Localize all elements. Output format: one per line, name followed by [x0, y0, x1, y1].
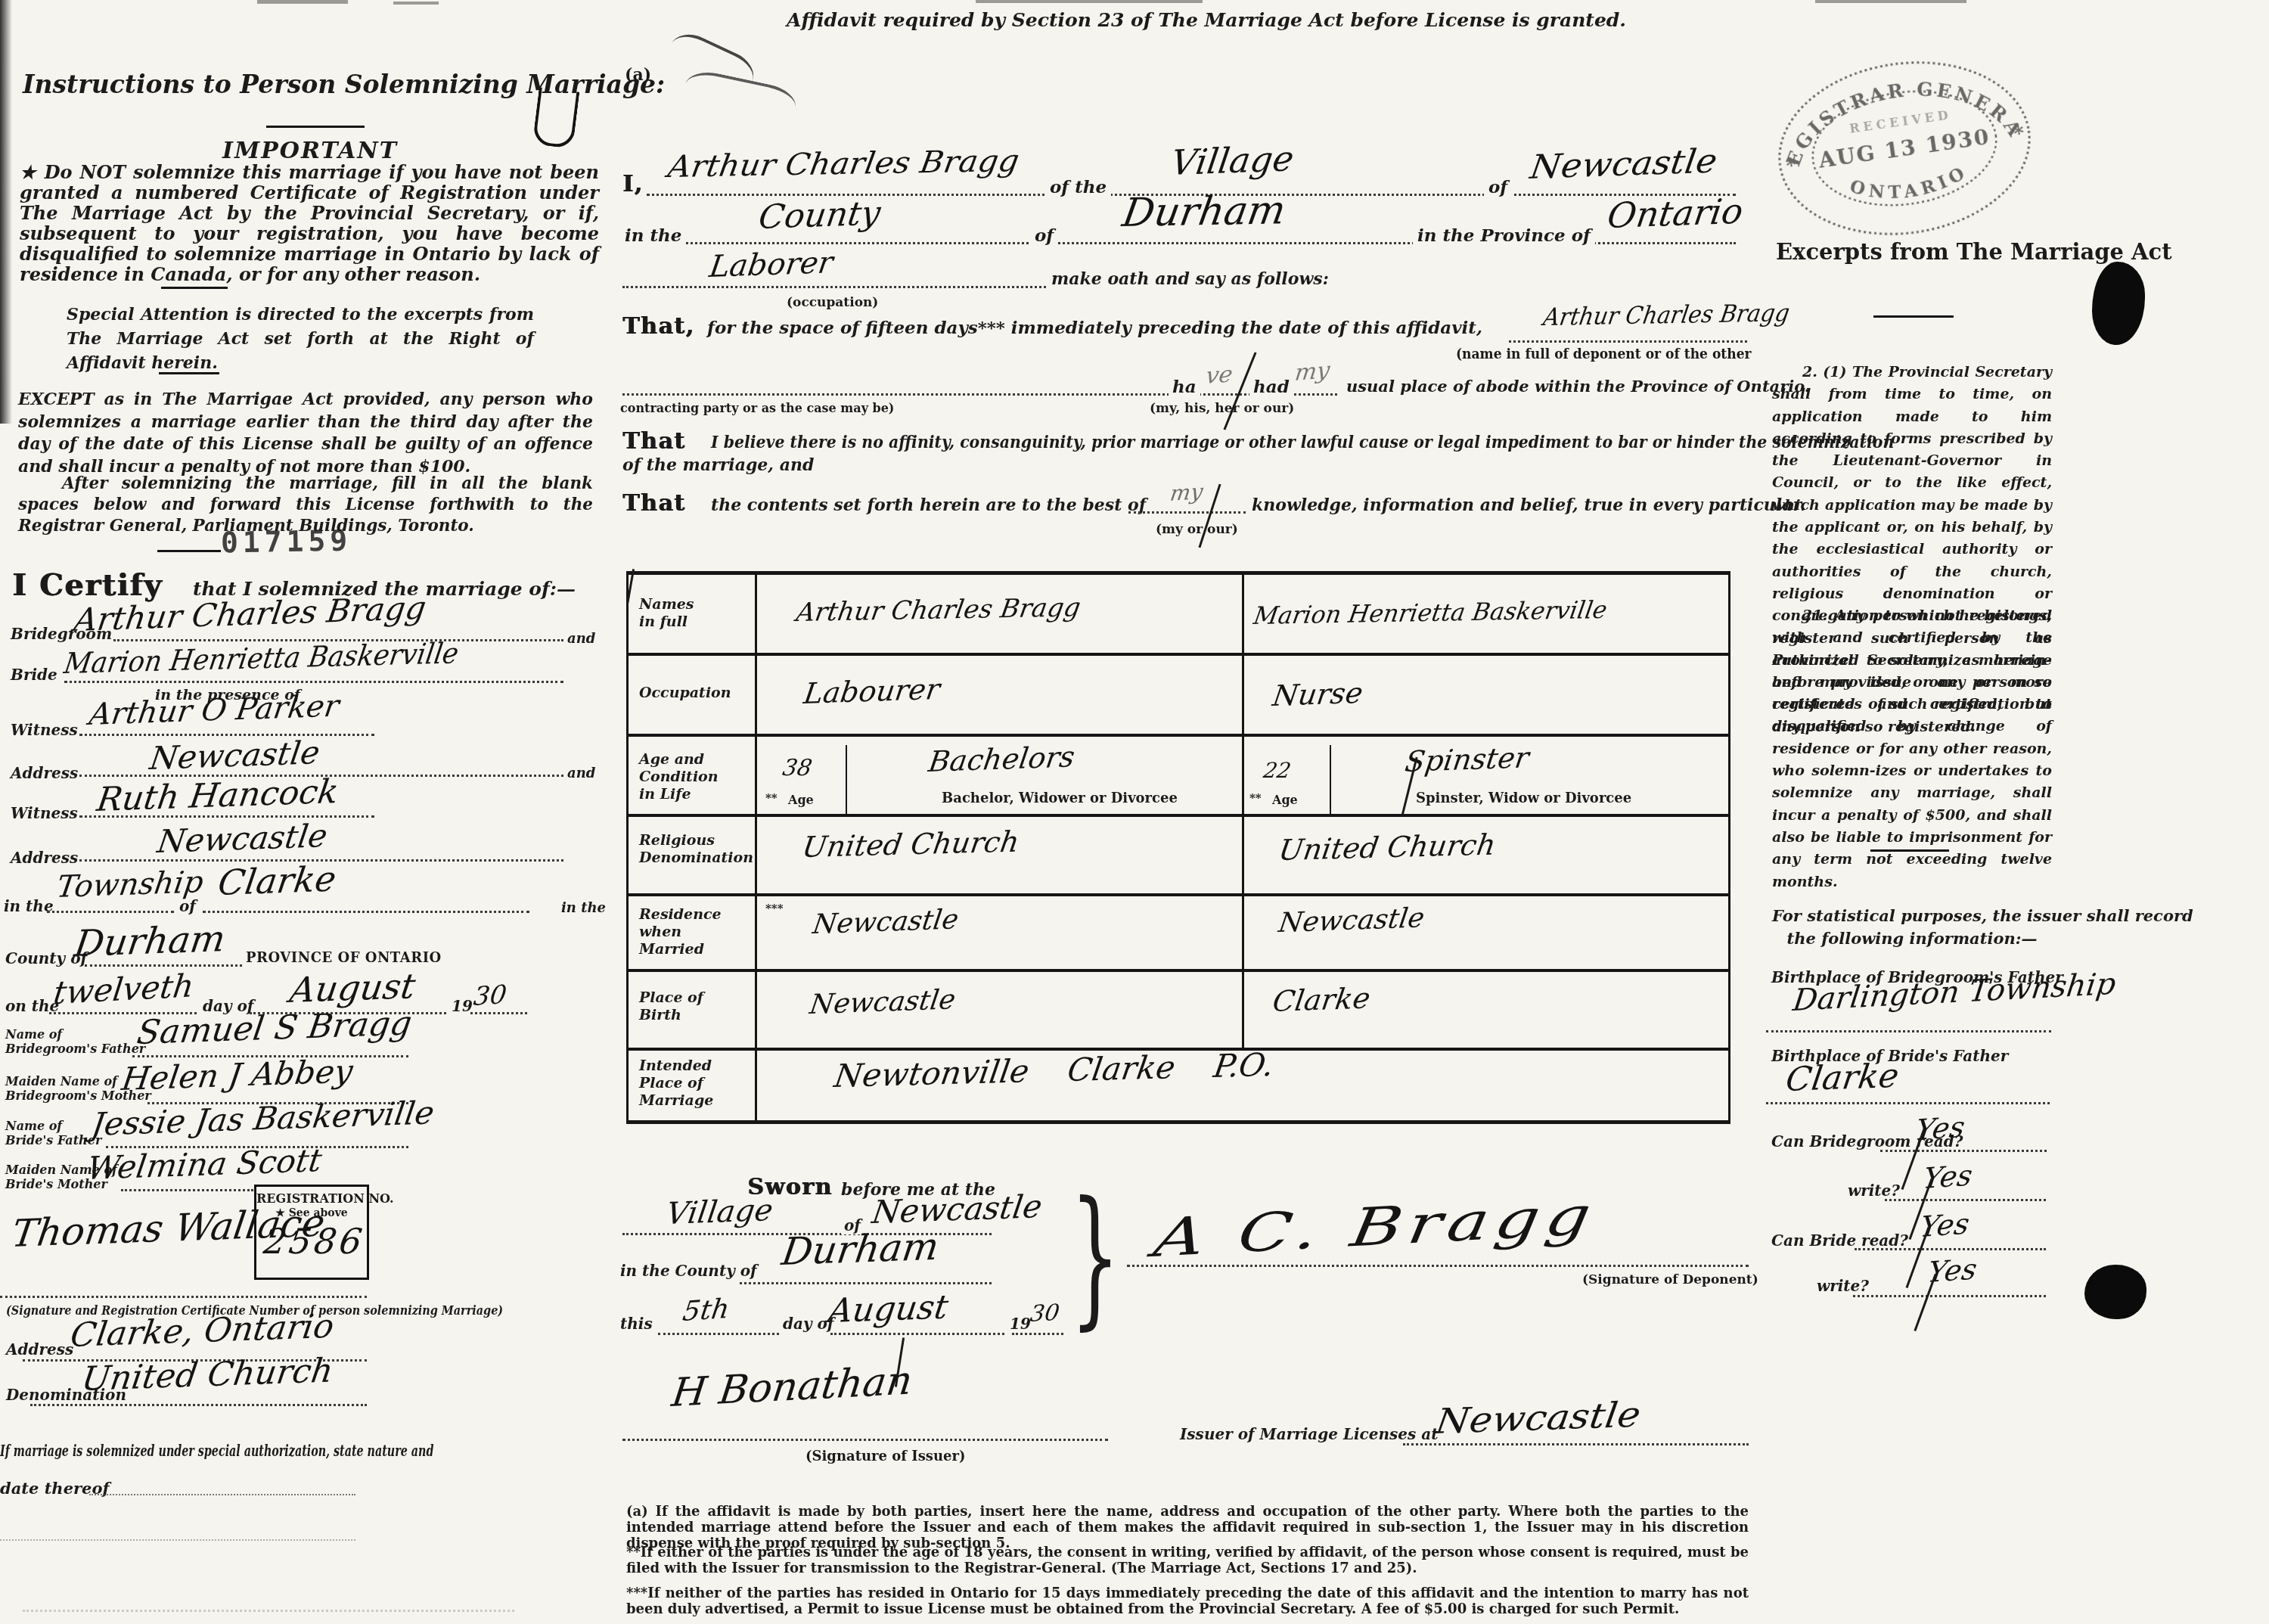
contracting-party-caption: contracting party or as the case may be) — [620, 401, 894, 415]
issuer-signature: H Bonathan — [669, 1359, 915, 1416]
sworn-month-line — [830, 1333, 1004, 1335]
groom-condition-caption: Bachelor, Widower or Divorcee — [942, 790, 1178, 806]
residence-label-2: when — [639, 924, 681, 940]
that2-word: That — [622, 428, 685, 455]
table-age-divider-bride — [1330, 745, 1331, 814]
intended-label-1: Intended — [639, 1057, 712, 1074]
county-handwriting: Durham — [72, 918, 228, 965]
statistical-note-line2: the following information:— — [1787, 929, 2038, 948]
issuer-place-handwriting: Newcastle — [1433, 1394, 1644, 1442]
scan-noise-band — [23, 1610, 514, 1612]
groom-age-stars: ** — [765, 791, 778, 805]
table-border-left — [626, 571, 629, 1124]
table-label-divider — [755, 571, 757, 1124]
stamp-star-right: * — [2013, 122, 2026, 146]
can-bridegroom-read-line — [1880, 1150, 2047, 1152]
and-label: and — [567, 765, 595, 781]
of-label: of — [179, 897, 196, 915]
occupation-handwriting: Laborer — [707, 245, 835, 284]
bride-mother-handwriting: Welmina Scott — [85, 1141, 324, 1187]
address3-handwriting: Clarke, Ontario — [68, 1307, 337, 1355]
of-label: of — [1484, 177, 1512, 197]
registrar-general-stamp: REGISTRAR GENERAL RECEIVED AUG 13 1930 O… — [1756, 32, 2053, 265]
bride-condition-caption: Spinster, Widow or Divorcee — [1416, 790, 1631, 806]
that1-text: for the space of fifteen days*** immedia… — [707, 318, 1482, 338]
certify-heading: I Certify — [12, 567, 163, 603]
instructions-para-do-not: ★ Do NOT solemnize this marriage if you … — [20, 162, 599, 284]
groom-residence-cell: Newcastle — [811, 904, 961, 940]
bride-mother-line — [121, 1189, 253, 1191]
important-heading: IMPORTANT — [23, 138, 598, 164]
table-intended-label: Intended Place of Marriage — [639, 1057, 713, 1110]
table-line — [626, 893, 1730, 896]
table-birth-label: Place of Birth — [639, 989, 703, 1024]
county-line — [85, 964, 242, 967]
names-label-2: in full — [639, 613, 688, 630]
sworn-town-handwriting: Newcastle — [870, 1188, 1044, 1231]
divider — [1873, 315, 1954, 318]
bride-religion-cell: United Church — [1277, 828, 1498, 867]
groom-age-caption: Age — [788, 793, 814, 807]
county-name-handwriting: Durham — [1119, 188, 1289, 236]
deponent-name-handwriting: Arthur Charles Bragg — [666, 144, 1022, 185]
that1-name-handwriting: Arthur Charles Bragg — [1541, 298, 1792, 331]
address1-label: Address — [11, 764, 78, 782]
groom-birth-cell: Newcastle — [808, 984, 958, 1020]
scan-noise — [257, 0, 348, 4]
footnote-a-marker: (a) — [625, 65, 651, 85]
bride-line — [64, 681, 563, 683]
bridegroom-write-line — [1885, 1199, 2046, 1201]
that1-word: That, — [622, 313, 694, 340]
issuer-place-line — [1403, 1443, 1749, 1445]
license-serial-number: 017159 — [221, 523, 352, 559]
province-handwriting: Ontario — [1605, 191, 1746, 236]
witness2-label: Witness — [11, 804, 78, 822]
scan-noise — [1815, 0, 1966, 3]
i-label: I, — [622, 171, 643, 197]
in-the-label: in the — [4, 897, 54, 915]
statistical-note: For statistical purposes, the issuer sha… — [1772, 905, 2052, 950]
address3-label: Address — [6, 1340, 73, 1359]
can-bride-read-line — [1855, 1248, 2046, 1250]
stamp-date-text: AUG 13 1930 — [1817, 124, 1992, 173]
table-names-label: Names in full — [639, 596, 694, 631]
that3-word: That — [622, 490, 685, 517]
divider — [1870, 849, 1949, 852]
mother-handwriting: Helen J Abbey — [120, 1052, 355, 1098]
age-label-2: Condition — [639, 769, 719, 785]
scan-edge-shadow — [0, 0, 12, 424]
table-line — [626, 734, 1730, 737]
that2-line2: of the marriage, and — [622, 455, 814, 475]
groom-name-cell: Arthur Charles Bragg — [794, 592, 1083, 628]
religion-label-1: Religious — [639, 832, 715, 849]
year-line — [470, 1012, 527, 1014]
address2-label: Address — [11, 849, 78, 867]
ve-handwriting: ve — [1204, 362, 1234, 390]
footnote-double-star: **If either of the parties is under the … — [626, 1545, 1749, 1576]
bride-residence-cell: Newcastle — [1277, 902, 1426, 939]
municipality-type-handwriting: Village — [1169, 138, 1296, 183]
had-label: had — [1249, 377, 1293, 397]
abode-text: usual place of abode within the Province… — [1343, 377, 1813, 396]
bride-father-label: Name of Bride's Father — [5, 1119, 101, 1147]
of-label: of — [1030, 225, 1058, 246]
bride-write-answer: Yes — [1926, 1253, 1979, 1289]
sworn-line2 — [740, 1282, 992, 1284]
province-label: in the Province of — [1413, 225, 1595, 246]
sworn-town-type-handwriting: Village — [664, 1193, 775, 1231]
table-age-divider-groom — [846, 745, 847, 814]
statistical-note-line1: For statistical purposes, the issuer sha… — [1772, 906, 2193, 925]
table-border-bottom — [626, 1120, 1730, 1124]
instructions-para-special: Special Attention is directed to the exc… — [67, 303, 534, 375]
father-label-line1: Name of — [5, 1027, 62, 1042]
sworn-county-handwriting: Durham — [779, 1225, 942, 1274]
intended-place-cell: Newtonville Clarke P.O. — [832, 1046, 1277, 1095]
sworn-year-handwriting: 30 — [1029, 1300, 1061, 1327]
bridegroom-write-label: write? — [1848, 1182, 1900, 1200]
ha-label: ha — [1169, 377, 1200, 397]
township-name-line — [203, 911, 529, 913]
scan-noise — [976, 0, 1203, 3]
can-bride-read-answer: Yes — [1918, 1207, 1972, 1244]
occupation-caption: (occupation) — [787, 295, 878, 310]
marriage-affidavit-document: Affidavit required by Section 23 of The … — [0, 0, 2269, 1624]
bride-birth-cell: Clarke — [1271, 982, 1373, 1018]
father-label-line2: Bridegroom's Father — [5, 1042, 145, 1056]
occupation-line — [622, 286, 1046, 288]
bride-label: Bride — [11, 666, 57, 684]
groom-age-cell: 38 — [781, 755, 814, 781]
residence-label-3: Married — [639, 941, 704, 958]
sworn-day-handwriting: 5th — [681, 1293, 731, 1327]
bride-father-label-line2: Bride's Father — [5, 1133, 101, 1147]
issuer-of-licenses-label: Issuer of Marriage Licenses at — [1180, 1425, 1438, 1443]
year-prefix: 19 — [452, 997, 473, 1015]
deponent-signature: A C. Bragg — [1150, 1185, 1601, 1269]
my-his-her-caption: (my, his, her or our) — [1150, 401, 1294, 416]
sworn-day-line — [658, 1333, 779, 1335]
instructions-title: Instructions to Person Solemnizing Marri… — [23, 70, 598, 99]
birthplace-bride-father-handwriting: Clarke — [1783, 1057, 1901, 1099]
birth-label-2: Birth — [639, 1007, 681, 1023]
instructions-para-except: EXCEPT as in The Marrigae Act provided, … — [18, 389, 593, 478]
witness1-line — [79, 734, 374, 736]
names-label-1: Names — [639, 596, 694, 613]
my-or-our-caption: (my or our) — [1156, 522, 1238, 537]
in-the-label: in the — [622, 225, 684, 246]
mother-label-line1: Maiden Name of — [5, 1074, 117, 1088]
denomination-line — [30, 1404, 367, 1406]
that3-blank — [1128, 511, 1246, 514]
sworn-brace: } — [1070, 1171, 1120, 1345]
scan-noise — [393, 2, 439, 5]
municipality-name-handwriting: Newcastle — [1528, 141, 1720, 187]
divider — [159, 372, 219, 374]
of-the-label: of the — [1045, 177, 1111, 197]
age-label-3: in Life — [639, 786, 691, 803]
that2-line1: I believe there is no affinity, consangu… — [711, 433, 1894, 452]
excerpts-title: Excerpts from The Marriage Act — [1776, 239, 2054, 265]
sworn-month-handwriting: August — [826, 1288, 951, 1331]
bride-occupation-cell: Nurse — [1271, 676, 1365, 713]
birthplace-groom-father-line — [1766, 1030, 2051, 1032]
bride-name-cell: Marion Henrietta Baskerville — [1252, 595, 1609, 630]
age-label-1: Age and — [639, 751, 704, 768]
year-handwriting: 30 — [472, 980, 508, 1012]
table-line — [626, 814, 1730, 817]
deponent-signature-caption: (Signature of Deponent) — [1582, 1272, 1758, 1287]
father-label: Name of Bridegroom's Father — [5, 1027, 145, 1056]
witness1-handwriting: Arthur O Parker — [87, 689, 341, 732]
bride-condition-cell: Spinster — [1403, 741, 1532, 778]
groom-condition-cell: Bachelors — [927, 740, 1077, 778]
table-religion-label: Religious Denomination — [639, 832, 753, 867]
my2-handwriting: my — [1169, 479, 1205, 506]
page-title: Affidavit required by Section 23 of The … — [787, 9, 1566, 31]
solemnizer-signature-line — [0, 1296, 367, 1298]
father-handwriting: Samuel S Bragg — [135, 1004, 414, 1052]
can-bridegroom-read-answer: Yes — [1914, 1110, 1967, 1147]
township-name-handwriting: Clarke — [216, 859, 339, 903]
abode-line1 — [622, 393, 1337, 396]
table-residence-label: Residence when Married — [639, 906, 722, 958]
that3-pre: the contents set forth herein are to the… — [711, 495, 1146, 515]
can-bride-read-label: Can Bride read? — [1771, 1231, 1908, 1250]
groom-religion-cell: United Church — [800, 825, 1022, 864]
hole-punch-bottom — [2084, 1265, 2146, 1319]
intended-label-3: Marriage — [639, 1092, 713, 1109]
bride-write-line — [1853, 1295, 2046, 1297]
table-line — [626, 969, 1730, 972]
residence-label-1: Residence — [639, 906, 722, 923]
issuer-signature-caption: (Signature of Issuer) — [805, 1449, 966, 1464]
birth-label-1: Place of — [639, 989, 703, 1006]
table-center-divider — [1242, 571, 1244, 1051]
oath-label: make oath and say as follows: — [1051, 269, 1329, 289]
denomination-handwriting: United Church — [79, 1352, 336, 1399]
sworn-year-prefix: 19 — [1010, 1315, 1031, 1333]
sworn-county-label: in the County of — [620, 1262, 757, 1280]
township-line — [47, 911, 174, 913]
bride-age-cell: 22 — [1262, 758, 1293, 783]
divider — [266, 126, 365, 128]
date-thereof-line — [89, 1494, 355, 1495]
groom-occupation-cell: Labourer — [802, 672, 942, 710]
and-label: and — [567, 631, 595, 647]
bridegroom-write-answer: Yes — [1921, 1159, 1975, 1195]
blank-line — [0, 1539, 355, 1541]
table-border-right — [1728, 571, 1730, 1124]
in-the-label: in the — [561, 900, 606, 916]
bride-write-label: write? — [1817, 1277, 1869, 1295]
issuer-signature-line — [622, 1439, 1108, 1441]
witness1-label: Witness — [11, 721, 78, 739]
bride-age-caption: Age — [1272, 793, 1298, 807]
that3-post: knowledge, information and belief, true … — [1252, 495, 1806, 515]
sworn-year-line — [1012, 1333, 1063, 1335]
residence-stars: *** — [765, 902, 784, 915]
bride-father-label-line1: Name of — [5, 1119, 62, 1133]
name-caption-line1: (name in full of deponent or of the othe… — [1456, 346, 1752, 362]
birthplace-bride-father-line — [1766, 1102, 2050, 1104]
bride-age-stars: ** — [1249, 791, 1262, 805]
my-handwriting: my — [1293, 357, 1331, 387]
special-authorization-text: If marriage is solemnized under special … — [0, 1441, 433, 1460]
witness2-handwriting: Ruth Hancock — [95, 772, 341, 819]
intended-label-2: Place of — [639, 1075, 703, 1091]
address1-handwriting: Newcastle — [147, 734, 322, 777]
table-age-label: Age and Condition in Life — [639, 751, 719, 803]
sworn-this-label: this — [620, 1315, 653, 1333]
footnote-triple-star: ***If neither of the parties has resided… — [626, 1585, 1749, 1617]
table-border-top — [626, 571, 1730, 575]
county-word-handwriting: County — [756, 194, 883, 237]
hole-punch-top — [2092, 262, 2145, 345]
province-of-ontario-label: PROVINCE OF ONTARIO — [246, 950, 442, 966]
table-line — [626, 653, 1730, 656]
day-handwriting: twelveth — [51, 967, 196, 1011]
table-occupation-label: Occupation — [639, 685, 731, 701]
that1-name-line — [1509, 340, 1747, 343]
pen-stroke — [1914, 1274, 1936, 1331]
address2-handwriting: Newcastle — [155, 817, 330, 860]
month-handwriting: August — [287, 965, 418, 1011]
divider — [161, 287, 228, 289]
bride-name-handwriting: Marion Henrietta Baskerville — [62, 636, 461, 680]
serial-dash — [157, 550, 221, 552]
religion-label-2: Denomination — [639, 849, 753, 866]
